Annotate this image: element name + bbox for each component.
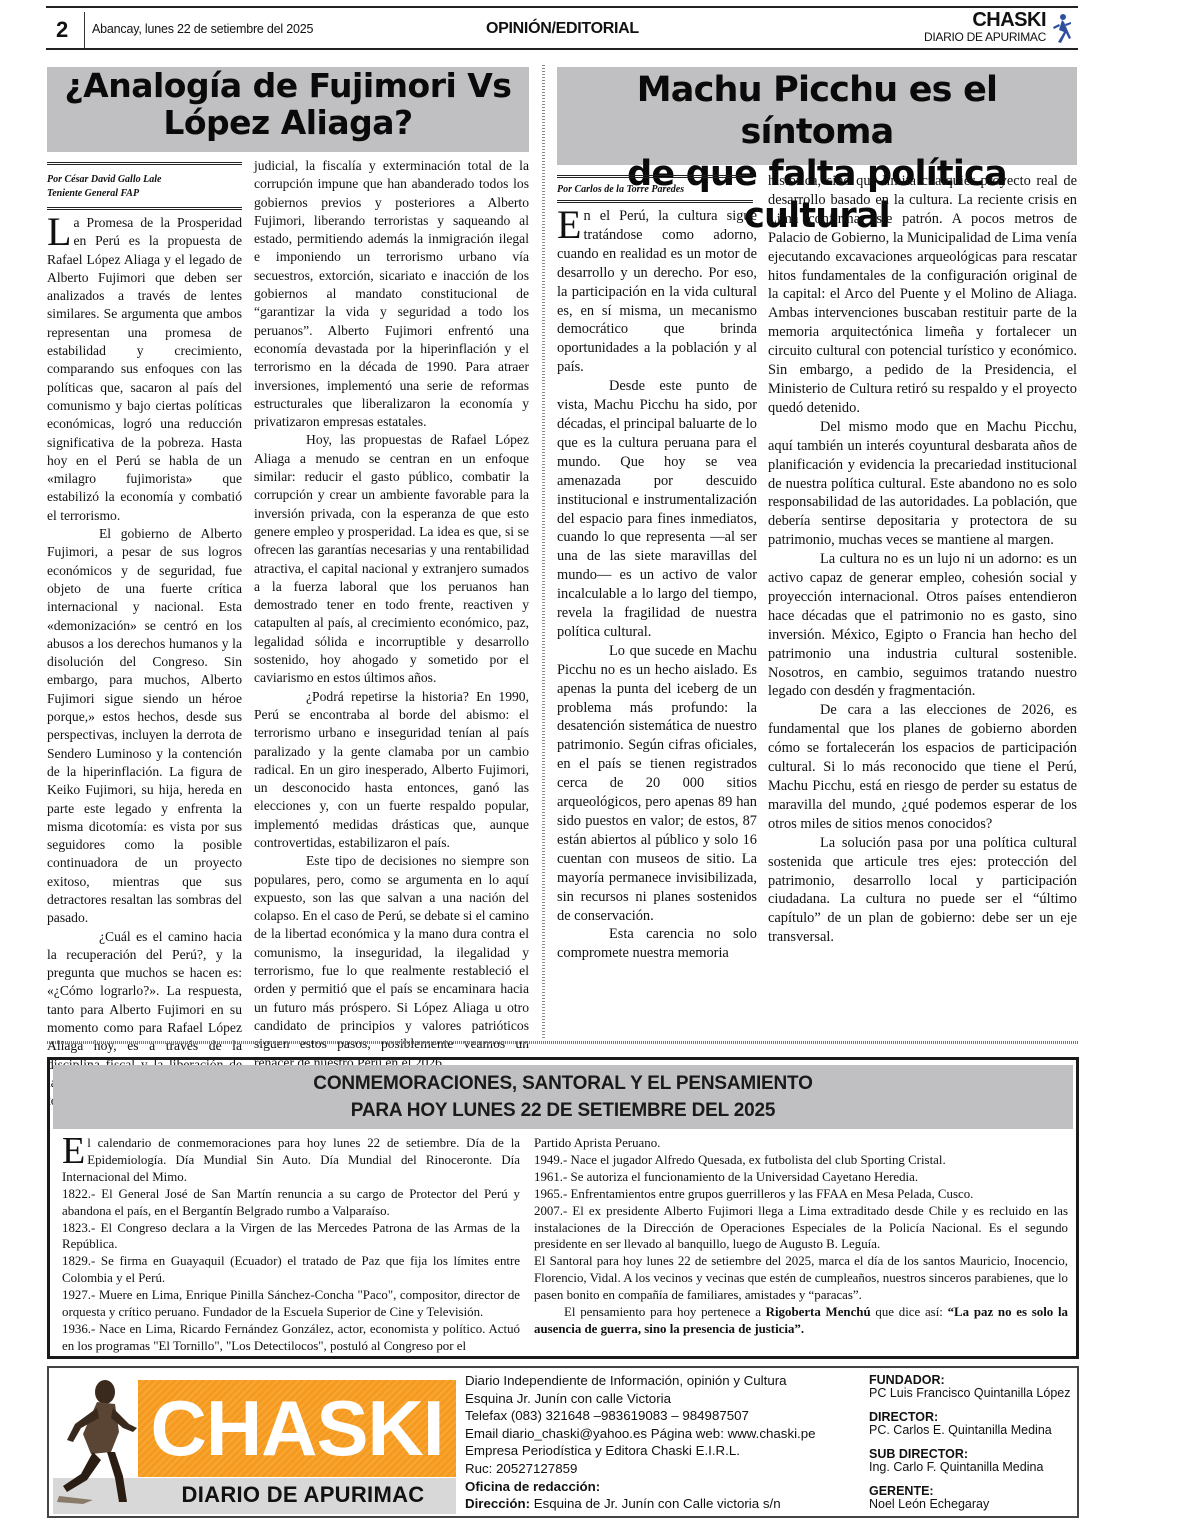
- info-line: Diario Independiente de Información, opi…: [465, 1372, 816, 1390]
- event-item: 1927.- Muere en Lima, Enrique Pinilla Sá…: [62, 1287, 520, 1321]
- article-paragraph: Hoy, las propuestas de Rafael López Alia…: [254, 431, 529, 687]
- staff-founder: FUNDADOR: PC Luis Francisco Quintanilla …: [869, 1374, 1071, 1399]
- article-paragraph: Del mismo modo que en Machu Picchu, aquí…: [768, 418, 1077, 550]
- article-paragraph: De cara a las elecciones de 2026, es fun…: [768, 701, 1077, 833]
- staff-manager: GERENTE: Noel León Echegaray: [869, 1485, 1071, 1510]
- chaski-runner-icon: [53, 1374, 141, 1512]
- drop-cap: E: [557, 209, 581, 241]
- masthead: DIARIO DE APURIMAC CHASKI Diario Indepen…: [47, 1366, 1079, 1518]
- event-item: 1961.- Se autoriza el funcionamiento de …: [534, 1169, 1068, 1186]
- article-right-column-2: histórica, sino que limita cualquier pro…: [768, 172, 1077, 947]
- article-right-column-1: En el Perú, la cultura sigue tratándose …: [557, 207, 757, 963]
- article-left-column-2: judicial, la fiscalía y exterminación to…: [254, 157, 529, 1072]
- thought-author: Rigoberta Menchú: [766, 1305, 871, 1319]
- office-label: Oficina de redacción:: [465, 1478, 816, 1496]
- staff-list: FUNDADOR: PC Luis Francisco Quintanilla …: [869, 1374, 1071, 1521]
- santoral-text: El Santoral para hoy lunes 22 de setiemb…: [534, 1253, 1068, 1304]
- event-item: 1949.- Nace el jugador Alfredo Quesada, …: [534, 1152, 1068, 1169]
- header-divider: [84, 12, 85, 48]
- column-divider: [542, 65, 545, 1040]
- event-item: 1965.- Enfrentamientos entre grupos guer…: [534, 1186, 1068, 1203]
- article-left-column-1: La Promesa de la Prosperidad en Perú es …: [47, 214, 242, 1111]
- info-line: Email diario_chaski@yahoo.es Página web:…: [465, 1425, 816, 1443]
- staff-subdirector: SUB DIRECTOR: Ing. Carlo F. Quintanilla …: [869, 1448, 1071, 1473]
- issue-date: Abancay, lunes 22 de setiembre del 2025: [92, 22, 313, 36]
- commemorations-column-2: Partido Aprista Peruano. 1949.- Nace el …: [534, 1135, 1068, 1338]
- logo-subtitle: DIARIO DE APURIMAC: [153, 1482, 453, 1508]
- brand-subtitle: DIARIO DE APURIMAC: [924, 31, 1046, 43]
- article-paragraph: La solución pasa por una política cultur…: [768, 834, 1077, 947]
- commemorations-intro: El calendario de conmemoraciones para ho…: [62, 1135, 520, 1186]
- info-line: Ruc: 20527127859: [465, 1460, 816, 1478]
- article-paragraph: La Promesa de la Prosperidad en Perú es …: [47, 214, 242, 525]
- event-item: 1829.- Se firma en Guayaquil (Ecuador) e…: [62, 1253, 520, 1287]
- page-header: 2 Abancay, lunes 22 de setiembre del 202…: [46, 6, 1078, 50]
- contact-info: Diario Independiente de Información, opi…: [465, 1372, 816, 1513]
- event-item: 2007.- El ex presidente Alberto Fujimori…: [534, 1203, 1068, 1254]
- headline-left-line2: López Aliaga?: [47, 105, 529, 142]
- author-name: Por César David Gallo Lale: [47, 173, 242, 187]
- commemorations-column-1: El calendario de conmemoraciones para ho…: [62, 1135, 520, 1355]
- article-paragraph: Desde este punto de vista, Machu Picchu …: [557, 377, 757, 642]
- commemorations-box: CONMEMORACIONES, SANTORAL Y EL PENSAMIEN…: [47, 1057, 1079, 1359]
- chaski-logo: DIARIO DE APURIMAC CHASKI: [51, 1370, 459, 1515]
- article-paragraph: El gobierno de Alberto Fujimori, a pesar…: [47, 525, 242, 928]
- section-title: OPINIÓN/EDITORIAL: [486, 20, 639, 38]
- section-separator: [47, 1041, 1079, 1044]
- logo-title: CHASKI: [138, 1380, 456, 1477]
- page-number: 2: [56, 17, 68, 43]
- article-paragraph: ¿Podrá repetirse la historia? En 1990, P…: [254, 688, 529, 853]
- address-line: Dirección: Esquina de Jr. Junín con Call…: [465, 1495, 816, 1513]
- info-line: Esquina Jr. Junín con calle Victoria: [465, 1390, 816, 1408]
- event-item: 1936.- Nace en Lima, Ricardo Fernández G…: [62, 1321, 520, 1355]
- drop-cap: E: [62, 1136, 85, 1166]
- article-paragraph: Lo que sucede en Machu Picchu no es un h…: [557, 642, 757, 926]
- article-paragraph: histórica, sino que limita cualquier pro…: [768, 172, 1077, 418]
- drop-cap: L: [47, 216, 71, 248]
- commemorations-title: CONMEMORACIONES, SANTORAL Y EL PENSAMIEN…: [53, 1065, 1073, 1129]
- author-role: Teniente General FAP: [47, 187, 242, 201]
- author-name: Por Carlos de la Torre Paredes: [557, 183, 753, 197]
- info-line: Telefax (083) 321648 –983619083 – 984987…: [465, 1407, 816, 1425]
- brand-logo-small: CHASKI DIARIO DE APURIMAC: [924, 10, 1046, 43]
- headline-left: ¿Analogía de Fujimori Vs López Aliaga?: [47, 67, 529, 152]
- headline-left-line1: ¿Analogía de Fujimori Vs: [47, 68, 529, 105]
- staff-director: DIRECTOR: PC. Carlos E. Quintanilla Medi…: [869, 1411, 1071, 1436]
- thought-of-day: El pensamiento para hoy pertenece a Rigo…: [534, 1304, 1068, 1338]
- headline-right-line1: Machu Picchu es el síntoma: [557, 69, 1077, 153]
- article-paragraph: Este tipo de decisiones no siempre son p…: [254, 852, 529, 1072]
- event-item: 1823.- El Congreso declara a la Virgen d…: [62, 1220, 520, 1254]
- event-item: Partido Aprista Peruano.: [534, 1135, 1068, 1152]
- byline-left: Por César David Gallo Lale Teniente Gene…: [47, 162, 242, 210]
- event-item: 1822.- El General José de San Martín ren…: [62, 1186, 520, 1220]
- article-paragraph: La cultura no es un lujo ni un adorno: e…: [768, 550, 1077, 701]
- byline-right: Por Carlos de la Torre Paredes: [557, 175, 753, 203]
- article-paragraph: Esta carencia no solo compromete nuestra…: [557, 925, 757, 963]
- info-line: Empresa Periodística y Editora Chaski E.…: [465, 1442, 816, 1460]
- brand-name: CHASKI: [924, 10, 1046, 30]
- article-paragraph: En el Perú, la cultura sigue tratándose …: [557, 207, 757, 377]
- headline-right: Machu Picchu es el síntoma de que falta …: [557, 67, 1077, 165]
- runner-icon: [1050, 12, 1074, 48]
- article-paragraph: judicial, la fiscalía y exterminación to…: [254, 157, 529, 431]
